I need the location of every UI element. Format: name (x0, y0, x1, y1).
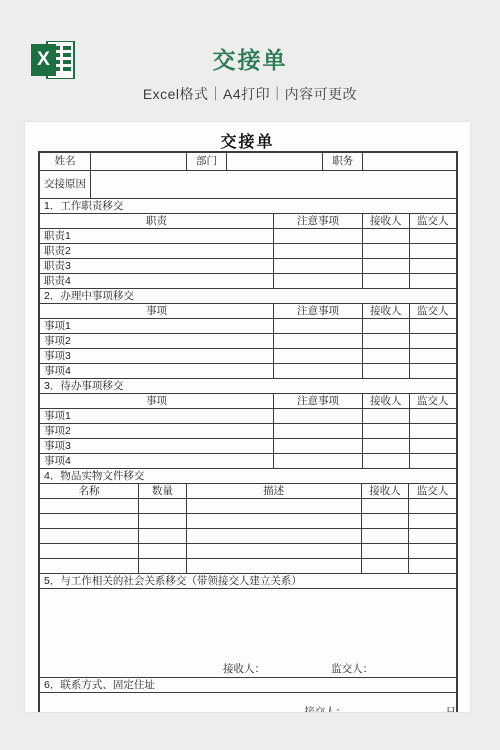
reason-label: 交接原因 (40, 171, 90, 198)
item-name-cell (40, 544, 138, 558)
table-row: 事项3 (40, 348, 456, 363)
row-label: 事项4 (40, 364, 273, 378)
note-cell (273, 364, 362, 378)
table-row: 事项2 (40, 333, 456, 348)
section-2-heading-row: 2．办理中事项移交 (40, 288, 456, 303)
supervisor-cell (409, 259, 456, 273)
date-day-label: 日 (446, 707, 456, 712)
col-receiver: 接收人 (362, 394, 409, 408)
section-3-heading-row: 3．待办事项移交 (40, 378, 456, 393)
supervisor-cell (409, 349, 456, 363)
receiver-cell (362, 454, 409, 468)
supervisor-cell (408, 544, 456, 558)
receiver-cell (362, 424, 409, 438)
col-supervisor: 监交人 (408, 484, 456, 498)
template-preview-page: { "colors": { "accent_green": "#2a7b55",… (0, 0, 500, 750)
reason-value-cell (90, 171, 456, 198)
table-row: 职责4 (40, 273, 456, 288)
col-item-name: 名称 (40, 484, 138, 498)
supervisor-cell (409, 409, 456, 423)
excel-logo-icon: X (31, 41, 75, 79)
description-cell (186, 544, 361, 558)
note-cell (273, 229, 362, 243)
supervisor-cell (408, 559, 456, 573)
col-description: 描述 (186, 484, 361, 498)
dept-value-cell (226, 153, 322, 170)
section-6-heading-row: 6．联系方式、固定住址 (40, 677, 456, 692)
supervisor-cell (409, 229, 456, 243)
row-label: 事项2 (40, 334, 273, 348)
table-row (40, 528, 456, 543)
row-label: 事项1 (40, 319, 273, 333)
receiver-cell (362, 439, 409, 453)
col-receiver: 接收人 (361, 484, 409, 498)
section-2-heading: 2．办理中事项移交 (40, 289, 456, 303)
page-title: 交接单 (0, 0, 500, 75)
col-receiver: 接收人 (362, 214, 409, 228)
receiver-signature-label: 接收人： (223, 664, 265, 675)
note-cell (273, 409, 362, 423)
receiver-cell (361, 529, 409, 543)
col-supervisor: 监交人 (409, 304, 456, 318)
table-row (40, 543, 456, 558)
receiver-cell (362, 229, 409, 243)
document-preview: 交接单 姓名 部门 职务 交接原因 1．工作职责移交 职责 注意事项 接收人 监… (25, 122, 470, 712)
table-row: 事项4 (40, 453, 456, 468)
note-cell (273, 319, 362, 333)
section-5-body-row: 接收人： 监交人： (40, 588, 456, 677)
table-row: 事项1 (40, 318, 456, 333)
quantity-cell (138, 544, 185, 558)
col-item: 事项 (40, 304, 273, 318)
supervisor-cell (408, 514, 456, 528)
note-cell (273, 244, 362, 258)
supervisor-cell (409, 439, 456, 453)
handover-signature-label: 接交人： (304, 707, 346, 712)
row-label: 职责1 (40, 229, 273, 243)
supervisor-signature-label: 监交人： (331, 664, 373, 675)
section-1-heading-row: 1．工作职责移交 (40, 198, 456, 213)
form-title: 交接单 (25, 122, 470, 152)
section-4-header-row: 名称 数量 描述 接收人 监交人 (40, 483, 456, 498)
receiver-cell (361, 499, 409, 513)
col-item: 事项 (40, 394, 273, 408)
handover-form: 姓名 部门 职务 交接原因 1．工作职责移交 职责 注意事项 接收人 监交人 职… (38, 151, 458, 712)
col-notes: 注意事项 (273, 304, 362, 318)
note-cell (273, 274, 362, 288)
receiver-cell (362, 319, 409, 333)
section-1-header-row: 职责 注意事项 接收人 监交人 (40, 213, 456, 228)
description-cell (186, 529, 361, 543)
section-5-heading: 5．与工作相关的社会关系移交（带领接交人建立关系） (40, 574, 456, 588)
quantity-cell (138, 529, 185, 543)
description-cell (186, 514, 361, 528)
row-label: 事项3 (40, 439, 273, 453)
section-6-body-row: 接交人： 日 (40, 692, 456, 712)
position-label: 职务 (322, 153, 362, 170)
supervisor-cell (409, 244, 456, 258)
table-row: 事项3 (40, 438, 456, 453)
name-label: 姓名 (40, 153, 90, 170)
note-cell (273, 334, 362, 348)
info-row: 姓名 部门 职务 (40, 153, 456, 170)
section-3-header-row: 事项 注意事项 接收人 监交人 (40, 393, 456, 408)
col-notes: 注意事项 (273, 394, 362, 408)
table-row: 事项2 (40, 423, 456, 438)
receiver-cell (361, 544, 409, 558)
note-cell (273, 349, 362, 363)
dept-label: 部门 (186, 153, 227, 170)
receiver-cell (362, 274, 409, 288)
supervisor-cell (409, 424, 456, 438)
note-cell (273, 259, 362, 273)
table-row: 事项1 (40, 408, 456, 423)
row-label: 事项1 (40, 409, 273, 423)
supervisor-cell (409, 334, 456, 348)
position-value-cell (362, 153, 456, 170)
section-6-body-cell: 接交人： 日 (40, 693, 456, 712)
item-name-cell (40, 499, 138, 513)
receiver-cell (362, 244, 409, 258)
section-2-header-row: 事项 注意事项 接收人 监交人 (40, 303, 456, 318)
table-row: 职责1 (40, 228, 456, 243)
receiver-cell (361, 514, 409, 528)
description-cell (186, 499, 361, 513)
col-supervisor: 监交人 (409, 394, 456, 408)
note-cell (273, 424, 362, 438)
supervisor-cell (409, 319, 456, 333)
page-subtitle: Excel格式｜A4打印｜内容可更改 (0, 84, 500, 104)
col-quantity: 数量 (138, 484, 185, 498)
note-cell (273, 439, 362, 453)
item-name-cell (40, 514, 138, 528)
page-header: X 交接单 Excel格式｜A4打印｜内容可更改 (0, 0, 500, 122)
section-5-body-cell: 接收人： 监交人： (40, 589, 456, 677)
section-6-heading: 6．联系方式、固定住址 (40, 678, 456, 692)
col-duty: 职责 (40, 214, 273, 228)
row-label: 事项4 (40, 454, 273, 468)
table-row (40, 513, 456, 528)
description-cell (186, 559, 361, 573)
table-row: 职责2 (40, 243, 456, 258)
col-receiver: 接收人 (362, 304, 409, 318)
receiver-cell (361, 559, 409, 573)
receiver-cell (362, 349, 409, 363)
table-row: 事项4 (40, 363, 456, 378)
row-label: 职责4 (40, 274, 273, 288)
table-row: 职责3 (40, 258, 456, 273)
section-3-heading: 3．待办事项移交 (40, 379, 456, 393)
reason-row: 交接原因 (40, 170, 456, 198)
col-supervisor: 监交人 (409, 214, 456, 228)
table-row (40, 498, 456, 513)
col-notes: 注意事项 (273, 214, 362, 228)
item-name-cell (40, 529, 138, 543)
section-1-heading: 1．工作职责移交 (40, 199, 456, 213)
table-row (40, 558, 456, 573)
quantity-cell (138, 559, 185, 573)
receiver-cell (362, 364, 409, 378)
receiver-cell (362, 409, 409, 423)
item-name-cell (40, 559, 138, 573)
supervisor-cell (409, 274, 456, 288)
row-label: 事项2 (40, 424, 273, 438)
note-cell (273, 454, 362, 468)
section-4-heading-row: 4．物品实物文件移交 (40, 468, 456, 483)
receiver-cell (362, 259, 409, 273)
supervisor-cell (409, 454, 456, 468)
row-label: 职责2 (40, 244, 273, 258)
supervisor-cell (408, 499, 456, 513)
receiver-cell (362, 334, 409, 348)
name-value-cell (90, 153, 185, 170)
section-4-heading: 4．物品实物文件移交 (40, 469, 456, 483)
section-5-heading-row: 5．与工作相关的社会关系移交（带领接交人建立关系） (40, 573, 456, 588)
supervisor-cell (409, 364, 456, 378)
supervisor-cell (408, 529, 456, 543)
row-label: 职责3 (40, 259, 273, 273)
quantity-cell (138, 499, 185, 513)
excel-x-glyph: X (31, 44, 56, 76)
quantity-cell (138, 514, 185, 528)
row-label: 事项3 (40, 349, 273, 363)
